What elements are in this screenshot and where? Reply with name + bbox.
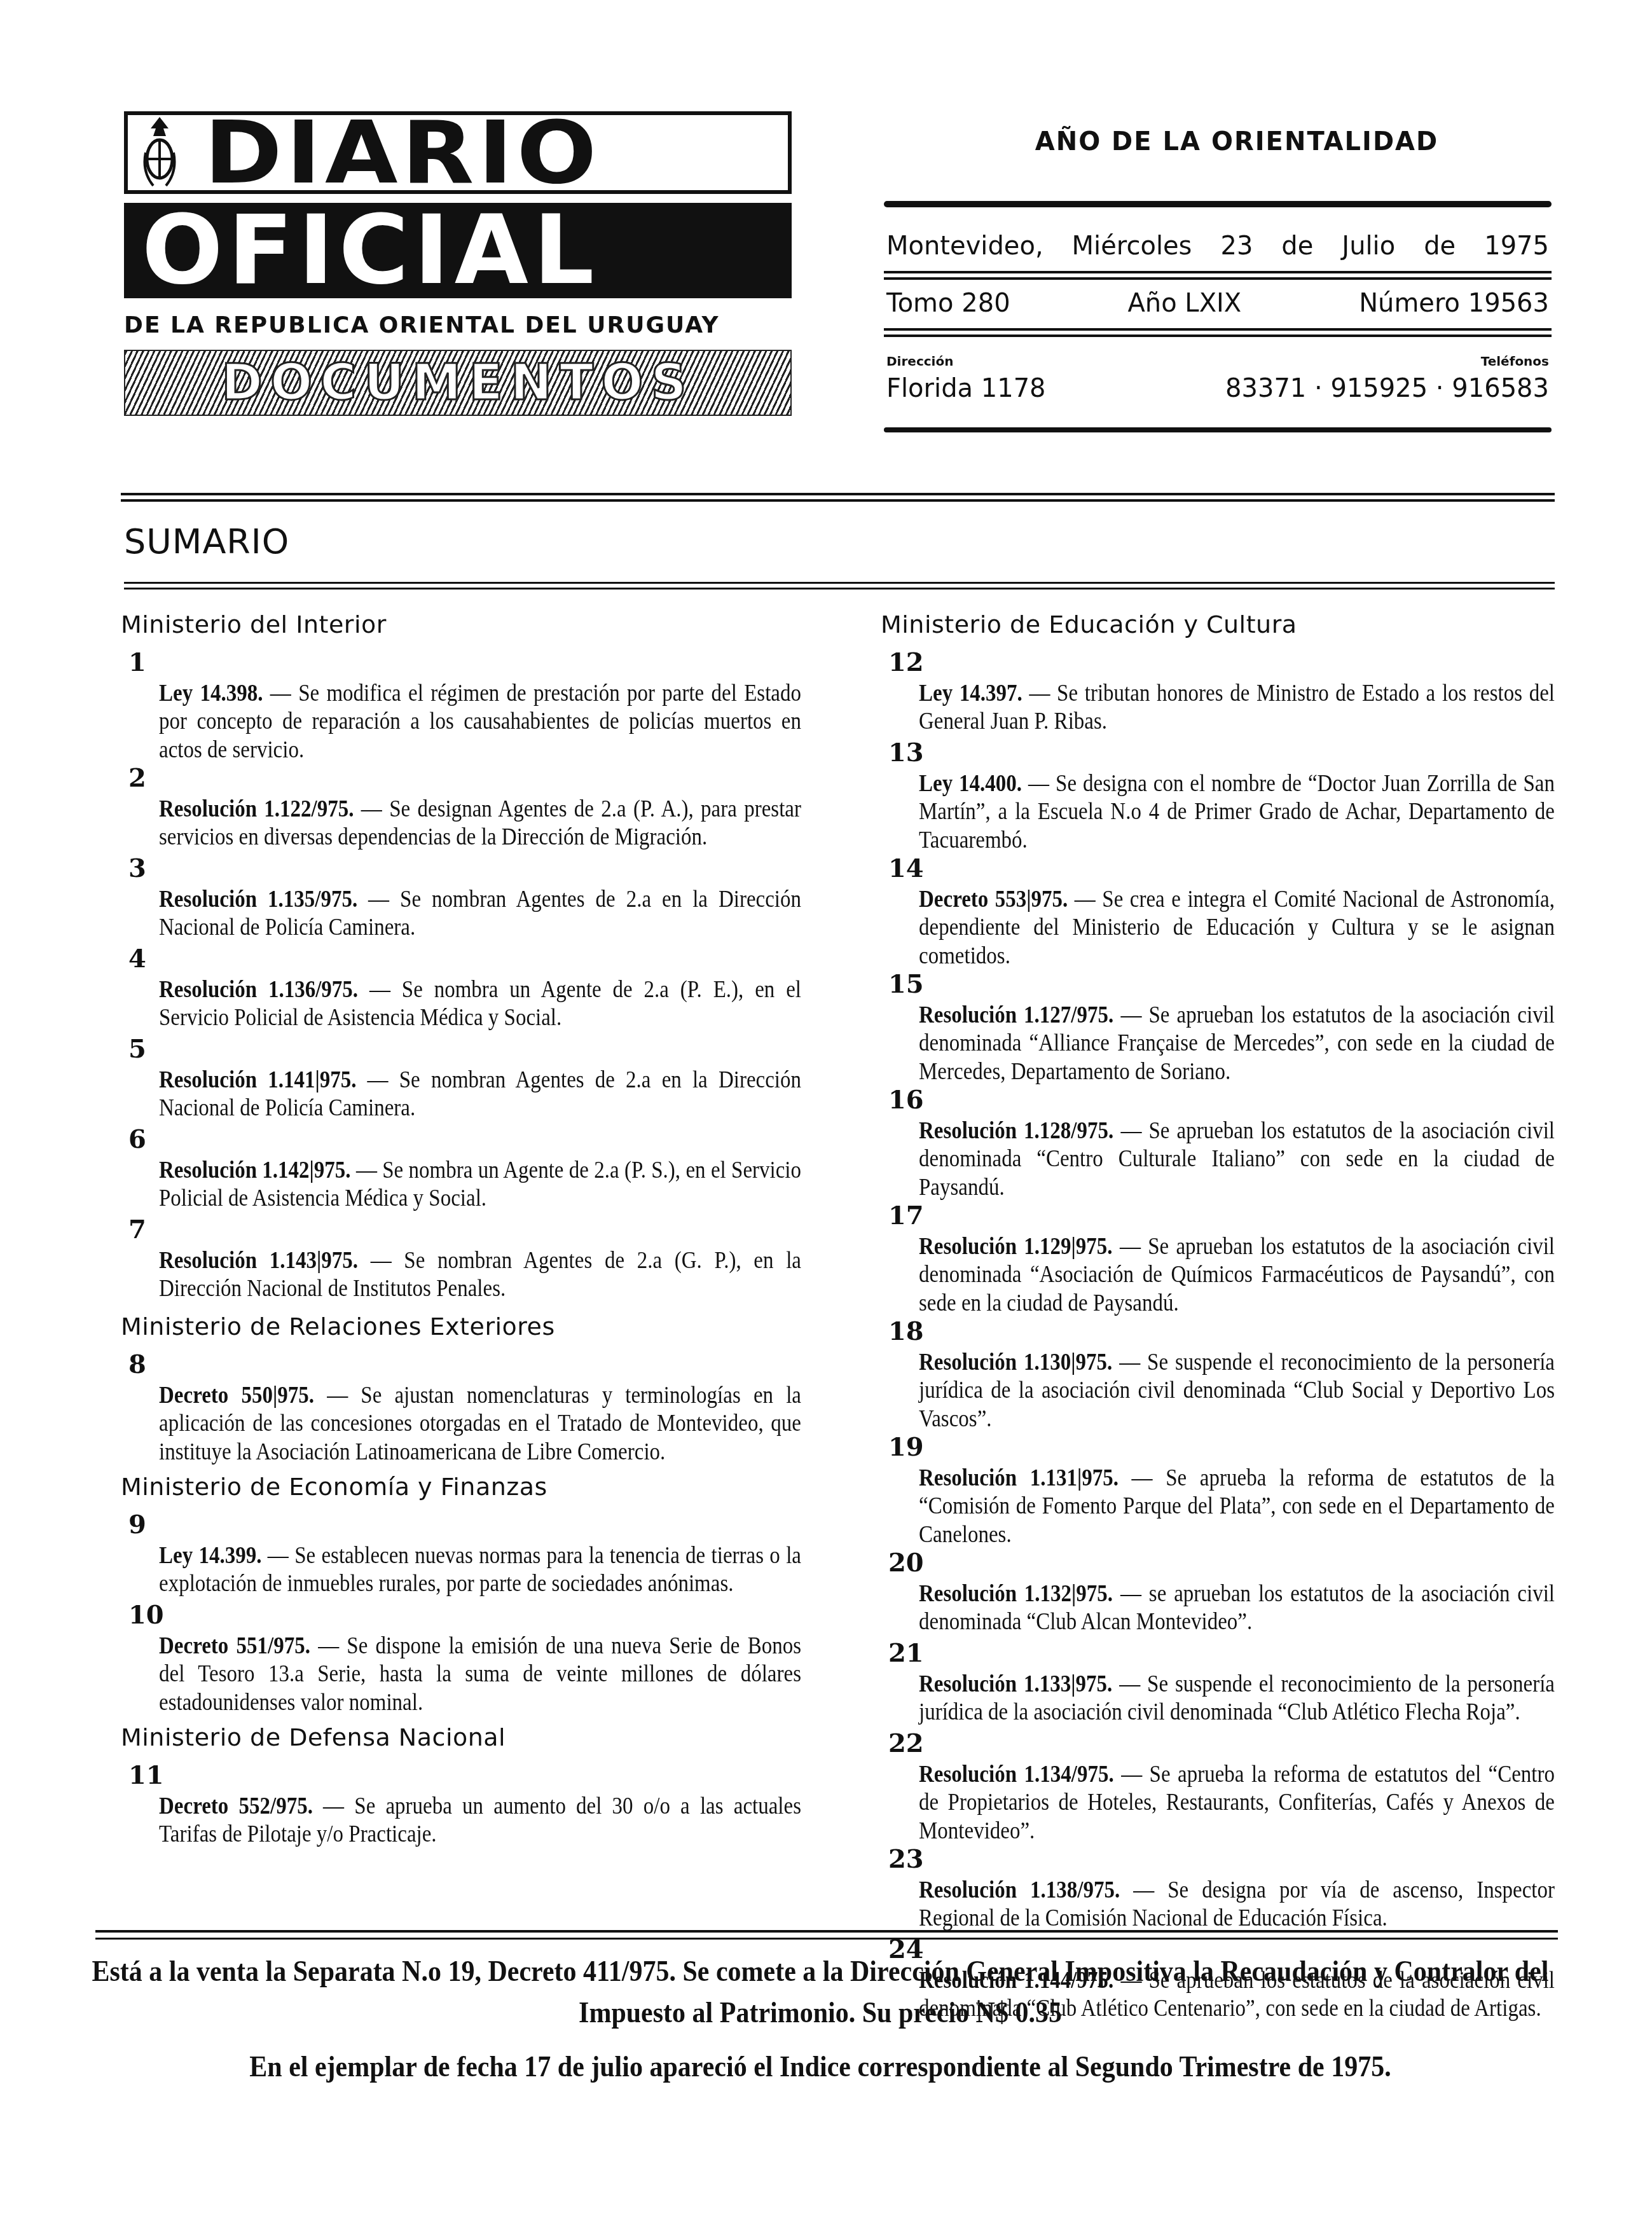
telefonos-value: 83371 · 915925 · 916583: [1225, 374, 1549, 403]
masthead-title-oficial: OFICIAL: [142, 203, 599, 298]
date-year: 1975: [1484, 231, 1549, 261]
summary-item: 8 Decreto 550|975. — Se ajustan nomencla…: [121, 1352, 801, 1458]
summary-item: 11 Decreto 552/975. — Se aprueba un aume…: [121, 1763, 801, 1843]
item-number: 4: [128, 946, 801, 972]
item-ref: Resolución 1.128/975.: [919, 1118, 1113, 1143]
item-number: 1: [128, 650, 801, 675]
item-number: 23: [888, 1847, 1555, 1872]
summary-item: 17 Resolución 1.129|975. — Se aprueban l…: [881, 1203, 1555, 1309]
item-number: 14: [888, 856, 1555, 881]
ministry-heading: Ministerio de Defensa Nacional: [121, 1723, 801, 1751]
item-ref: Ley 14.398.: [159, 680, 263, 706]
summary-item: 16 Resolución 1.128/975. — Se aprueban l…: [881, 1087, 1555, 1193]
item-ref: Resolución 1.141|975.: [159, 1067, 356, 1093]
item-ref: Resolución 1.132|975.: [919, 1581, 1113, 1606]
item-number: 5: [128, 1037, 801, 1062]
date-de: de: [1424, 231, 1456, 261]
item-ref: Resolución 1.143|975.: [159, 1248, 358, 1273]
ministry-heading: Ministerio de Educación y Cultura: [881, 610, 1555, 638]
date-city: Montevideo,: [886, 231, 1043, 261]
item-number: 16: [888, 1087, 1555, 1113]
item-number: 22: [888, 1731, 1555, 1756]
item-ref: Decreto 553|975.: [919, 886, 1068, 912]
direccion-value: Florida 1178: [886, 374, 1046, 403]
coat-of-arms-icon: [141, 114, 179, 191]
masthead-diario-box: DIARIO: [124, 111, 792, 194]
item-ref: Resolución 1.130|975.: [919, 1349, 1112, 1375]
summary-item: 20 Resolución 1.132|975. — se aprueban l…: [881, 1550, 1555, 1631]
item-ref: Resolución 1.142|975.: [159, 1157, 351, 1183]
item-number: 10: [128, 1603, 801, 1628]
summary-item: 23 Resolución 1.138/975. — Se designa po…: [881, 1847, 1555, 1927]
summary-item: 1 Ley 14.398. — Se modifica el régimen d…: [121, 650, 801, 755]
numero: Número 19563: [1359, 289, 1549, 318]
item-ref: Resolución 1.133|975.: [919, 1671, 1112, 1697]
summary-item: 9 Ley 14.399. — Se establecen nuevas nor…: [121, 1512, 801, 1592]
masthead-title-diario: DIARIO: [204, 109, 600, 196]
summary-item: 13 Ley 14.400. — Se designa con el nombr…: [881, 740, 1555, 846]
item-ref: Decreto 552/975.: [159, 1793, 313, 1819]
item-number: 2: [128, 766, 801, 791]
summary-title: SUMARIO: [124, 521, 289, 562]
date-day: 23: [1220, 231, 1253, 261]
summary-item: 18 Resolución 1.130|975. — Se suspende e…: [881, 1319, 1555, 1424]
notice-indice: En el ejemplar de fecha 17 de julio apar…: [83, 2046, 1558, 2088]
item-ref: Decreto 551/975.: [159, 1633, 310, 1658]
summary-item: 3 Resolución 1.135/975. — Se nombran Age…: [121, 856, 801, 936]
ministry-heading: Ministerio de Economía y Finanzas: [121, 1473, 801, 1501]
item-number: 11: [128, 1763, 801, 1788]
ano: Año LXIX: [1127, 289, 1241, 318]
item-number: 15: [888, 972, 1555, 997]
item-ref: Ley 14.397.: [919, 680, 1022, 706]
divider: [884, 328, 1552, 337]
date-month: Julio: [1342, 231, 1395, 261]
summary-item: 4 Resolución 1.136/975. — Se nombra un A…: [121, 946, 801, 1026]
date-weekday: Miércoles: [1072, 231, 1192, 261]
item-number: 7: [128, 1217, 801, 1243]
masthead-subtitle: DE LA REPUBLICA ORIENTAL DEL URUGUAY: [124, 312, 792, 338]
item-ref: Resolución 1.136/975.: [159, 977, 358, 1002]
summary-item: 6 Resolución 1.142|975. — Se nombra un A…: [121, 1127, 801, 1207]
ministry-heading: Ministerio del Interior: [121, 610, 801, 638]
section-banner-label: DOCUMENTOS: [221, 354, 694, 411]
summary-item: 5 Resolución 1.141|975. — Se nombran Age…: [121, 1037, 801, 1117]
item-ref: Decreto 550|975.: [159, 1382, 314, 1408]
summary-item: 10 Decreto 551/975. — Se dispone la emis…: [121, 1603, 801, 1708]
masthead: DIARIO OFICIAL DE LA REPUBLICA ORIENTAL …: [124, 111, 792, 416]
section-banner: DOCUMENTOS: [124, 350, 792, 416]
item-number: 19: [888, 1435, 1555, 1460]
item-number: 20: [888, 1550, 1555, 1576]
contact-values: Florida 1178 83371 · 915925 · 916583: [884, 374, 1552, 403]
summary-item: 22 Resolución 1.134/975. — Se aprueba la…: [881, 1731, 1555, 1837]
summary-item: 21 Resolución 1.133|975. — Se suspende e…: [881, 1641, 1555, 1721]
item-ref: Resolución 1.127/975.: [919, 1002, 1113, 1028]
summary-divider: [124, 582, 1555, 589]
notice-separata: Está a la venta la Separata N.o 19, Decr…: [83, 1951, 1558, 2034]
date-de: de: [1281, 231, 1313, 261]
summary-right-column: Ministerio de Educación y Cultura 12 Ley…: [881, 610, 1555, 2027]
summary-item: 12 Ley 14.397. — Se tributan honores de …: [881, 650, 1555, 730]
item-ref: Resolución 1.129|975.: [919, 1234, 1113, 1259]
item-number: 3: [128, 856, 801, 881]
item-number: 12: [888, 650, 1555, 675]
item-ref: Resolución 1.122/975.: [159, 796, 354, 822]
main-divider: [121, 493, 1555, 502]
tomo: Tomo 280: [886, 289, 1010, 318]
item-ref: Resolución 1.131|975.: [919, 1465, 1119, 1491]
issue-numbers: Tomo 280 Año LXIX Número 19563: [884, 289, 1552, 318]
summary-item: 14 Decreto 553|975. — Se crea e integra …: [881, 856, 1555, 962]
direccion-label: Dirección: [886, 354, 953, 369]
notices: Está a la venta la Separata N.o 19, Decr…: [83, 1955, 1558, 2104]
summary-item: 19 Resolución 1.131|975. — Se aprueba la…: [881, 1435, 1555, 1540]
item-number: 6: [128, 1127, 801, 1152]
item-number: 17: [888, 1203, 1555, 1229]
item-ref: Resolución 1.134/975.: [919, 1762, 1114, 1787]
divider: [884, 201, 1552, 207]
item-number: 13: [888, 740, 1555, 766]
item-ref: Ley 14.400.: [919, 771, 1022, 796]
item-number: 8: [128, 1352, 801, 1377]
issue-info: AÑO DE LA ORIENTALIDAD Montevideo, Miérc…: [884, 127, 1552, 432]
divider: [884, 271, 1552, 280]
item-number: 21: [888, 1641, 1555, 1666]
ministry-heading: Ministerio de Relaciones Exteriores: [121, 1313, 801, 1341]
masthead-oficial-box: OFICIAL: [124, 203, 792, 298]
footer-divider: [95, 1930, 1558, 1940]
item-ref: Resolución 1.135/975.: [159, 886, 357, 912]
summary-item: 2 Resolución 1.122/975. — Se designan Ag…: [121, 766, 801, 846]
year-motto: AÑO DE LA ORIENTALIDAD: [884, 127, 1552, 156]
item-ref: Resolución 1.138/975.: [919, 1877, 1120, 1903]
summary-item: 7 Resolución 1.143|975. — Se nombran Age…: [121, 1217, 801, 1297]
issue-date: Montevideo, Miércoles 23 de Julio de 197…: [884, 231, 1552, 261]
item-ref: Ley 14.399.: [159, 1543, 261, 1568]
contact-labels: Dirección Teléfonos: [884, 354, 1552, 369]
telefonos-label: Teléfonos: [1481, 354, 1549, 369]
summary-item: 15 Resolución 1.127/975. — Se aprueban l…: [881, 972, 1555, 1077]
item-number: 18: [888, 1319, 1555, 1344]
summary-left-column: Ministerio del Interior 1 Ley 14.398. — …: [121, 610, 801, 1853]
divider: [884, 427, 1552, 432]
item-number: 9: [128, 1512, 801, 1538]
